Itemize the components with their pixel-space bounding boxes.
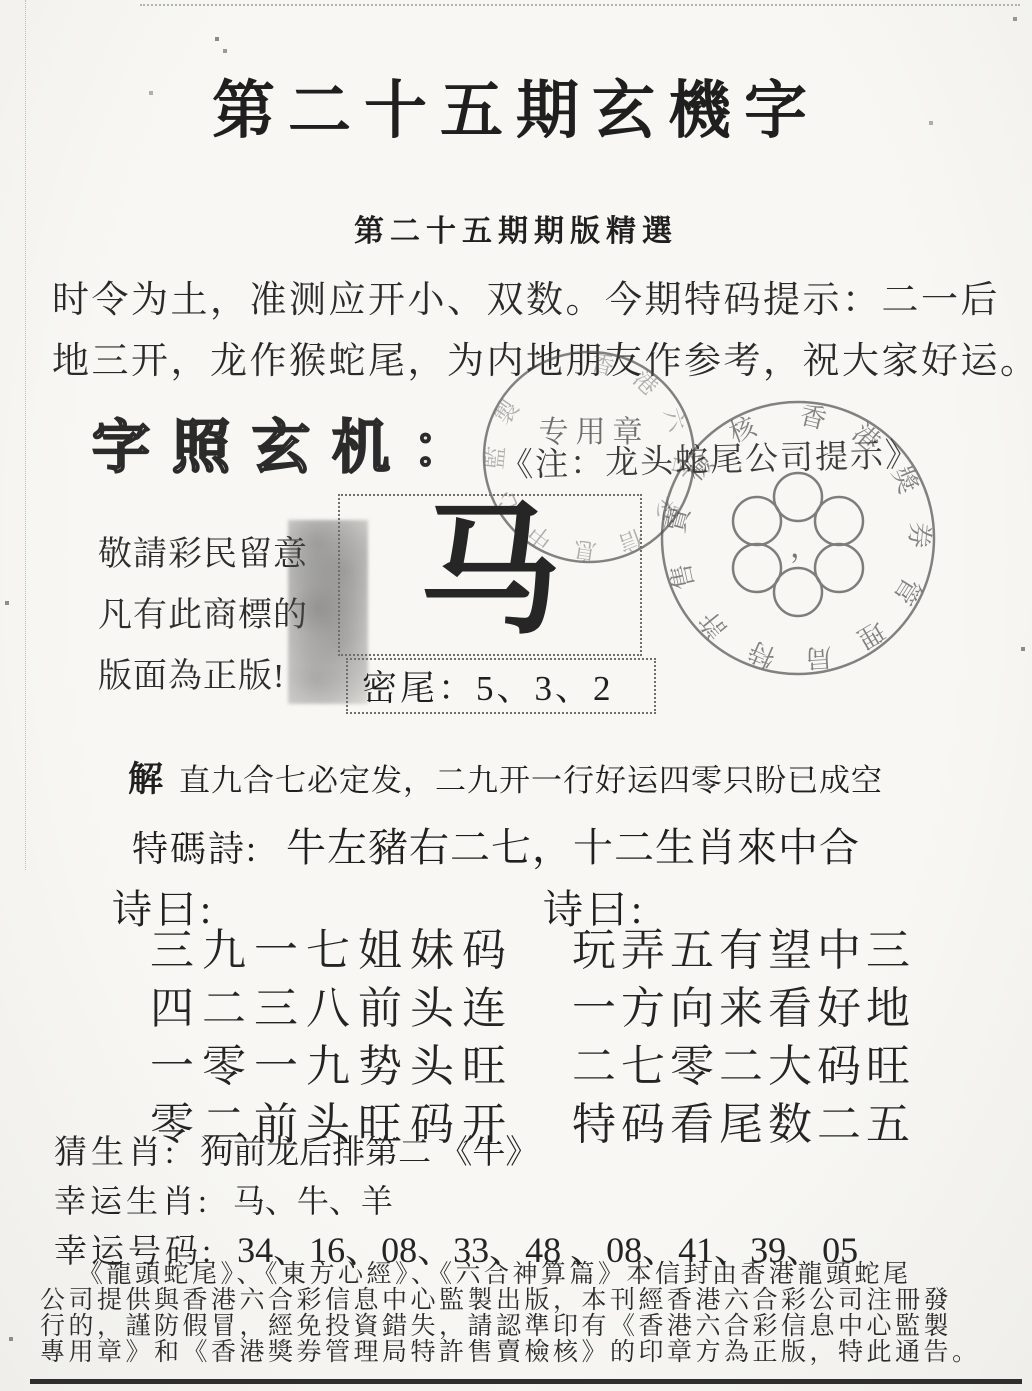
footer-notice: 《龍頭蛇尾》、《東方心經》、《六合神算篇》本信封由香港龍頭蛇尾 公司提供與香港六…	[40, 1262, 992, 1366]
footer-line-2: 公司提供與香港六合彩信息中心監製出版，本刊經香港六合彩公司注冊發	[40, 1288, 992, 1314]
guess-shengxiao-line: 猜生肖:狗前龙后排第二 《牛》	[54, 1126, 538, 1173]
tema-poem-line: 特碼詩:牛左豬右二七，十二生肖來中合	[132, 816, 860, 873]
poem-line: 一方向来看好地	[572, 980, 915, 1038]
lucky-shengxiao-line: 幸运生肖:马、牛、羊	[54, 1176, 393, 1222]
trademark-notice: 敬請彩民留意 凡有此商標的 版面為正版!	[98, 524, 308, 707]
poem-line: 二七零二大码旺	[572, 1038, 915, 1096]
poem-line: 四二三八前头连	[150, 980, 514, 1038]
page-subtitle: 第二十五期期版精選	[0, 206, 1032, 250]
jie-text: 直九合七必定发，二九开一行好运四零只盼已成空	[179, 763, 883, 798]
guess-shengxiao-label: 猜生肖:	[54, 1135, 178, 1171]
poem-line: 特码看尾数二五	[572, 1096, 915, 1154]
scan-noise-specks	[0, 0, 2, 2]
miwei-text: 密尾：5、3、2	[362, 661, 614, 711]
notice-line-1: 敬請彩民留意	[98, 524, 308, 585]
stamp-comma-mark: ，	[790, 531, 820, 564]
mystery-character-box: 马	[338, 494, 642, 656]
poem-line: 一零一九势头旺	[150, 1038, 514, 1096]
tema-poem-text: 牛左豬右二七，十二生肖來中合	[286, 825, 860, 870]
scan-scratch-line	[140, 4, 1020, 6]
page-title: 第二十五期玄機字	[0, 60, 1032, 151]
lucky-shengxiao-label: 幸运生肖:	[54, 1183, 211, 1219]
poem-line: 三九一七姐妹码	[150, 922, 514, 980]
miwei-box: 密尾：5、3、2	[346, 658, 656, 714]
notice-line-3: 版面為正版!	[98, 646, 308, 707]
poem-column-right: 玩弄五有望中三 一方向来看好地 二七零二大码旺 特码看尾数二五	[572, 922, 915, 1154]
xuanji-heading: 字照玄机：	[92, 400, 492, 484]
scanned-lottery-sheet: 第二十五期玄機字 第二十五期期版精選 时令为土，准测应开小、双数。今期特码提示：…	[0, 0, 1032, 1391]
intro-line-1: 时令为土，准测应开小、双数。今期特码提示：二一后	[52, 270, 987, 331]
bottom-rule	[30, 1379, 1022, 1384]
notice-line-2: 凡有此商標的	[98, 585, 308, 646]
jie-label: 解	[128, 760, 163, 799]
poem-line: 玩弄五有望中三	[572, 922, 915, 980]
lucky-shengxiao-value: 马、牛、羊	[233, 1183, 393, 1219]
guess-shengxiao-value: 狗前龙后排第二 《牛》	[200, 1135, 538, 1171]
footer-line-1: 《龍頭蛇尾》、《東方心經》、《六合神算篇》本信封由香港龍頭蛇尾	[40, 1262, 992, 1288]
footer-line-4: 專用章》和《香港獎券管理局特許售賣檢核》的印章方為正版，特此通告。	[40, 1340, 992, 1366]
poem-column-left: 三九一七姐妹码 四二三八前头连 一零一九势头旺 零二前头旺码开	[150, 922, 514, 1154]
footer-line-3: 行的，謹防假冒，經免投資錯失，請認準印有《香港六合彩信息中心監製	[40, 1314, 992, 1340]
jie-line: 解直九合七必定发，二九开一行好运四零只盼已成空	[128, 752, 883, 802]
mystery-character: 马	[419, 501, 561, 643]
tema-poem-label: 特碼詩:	[132, 829, 258, 869]
